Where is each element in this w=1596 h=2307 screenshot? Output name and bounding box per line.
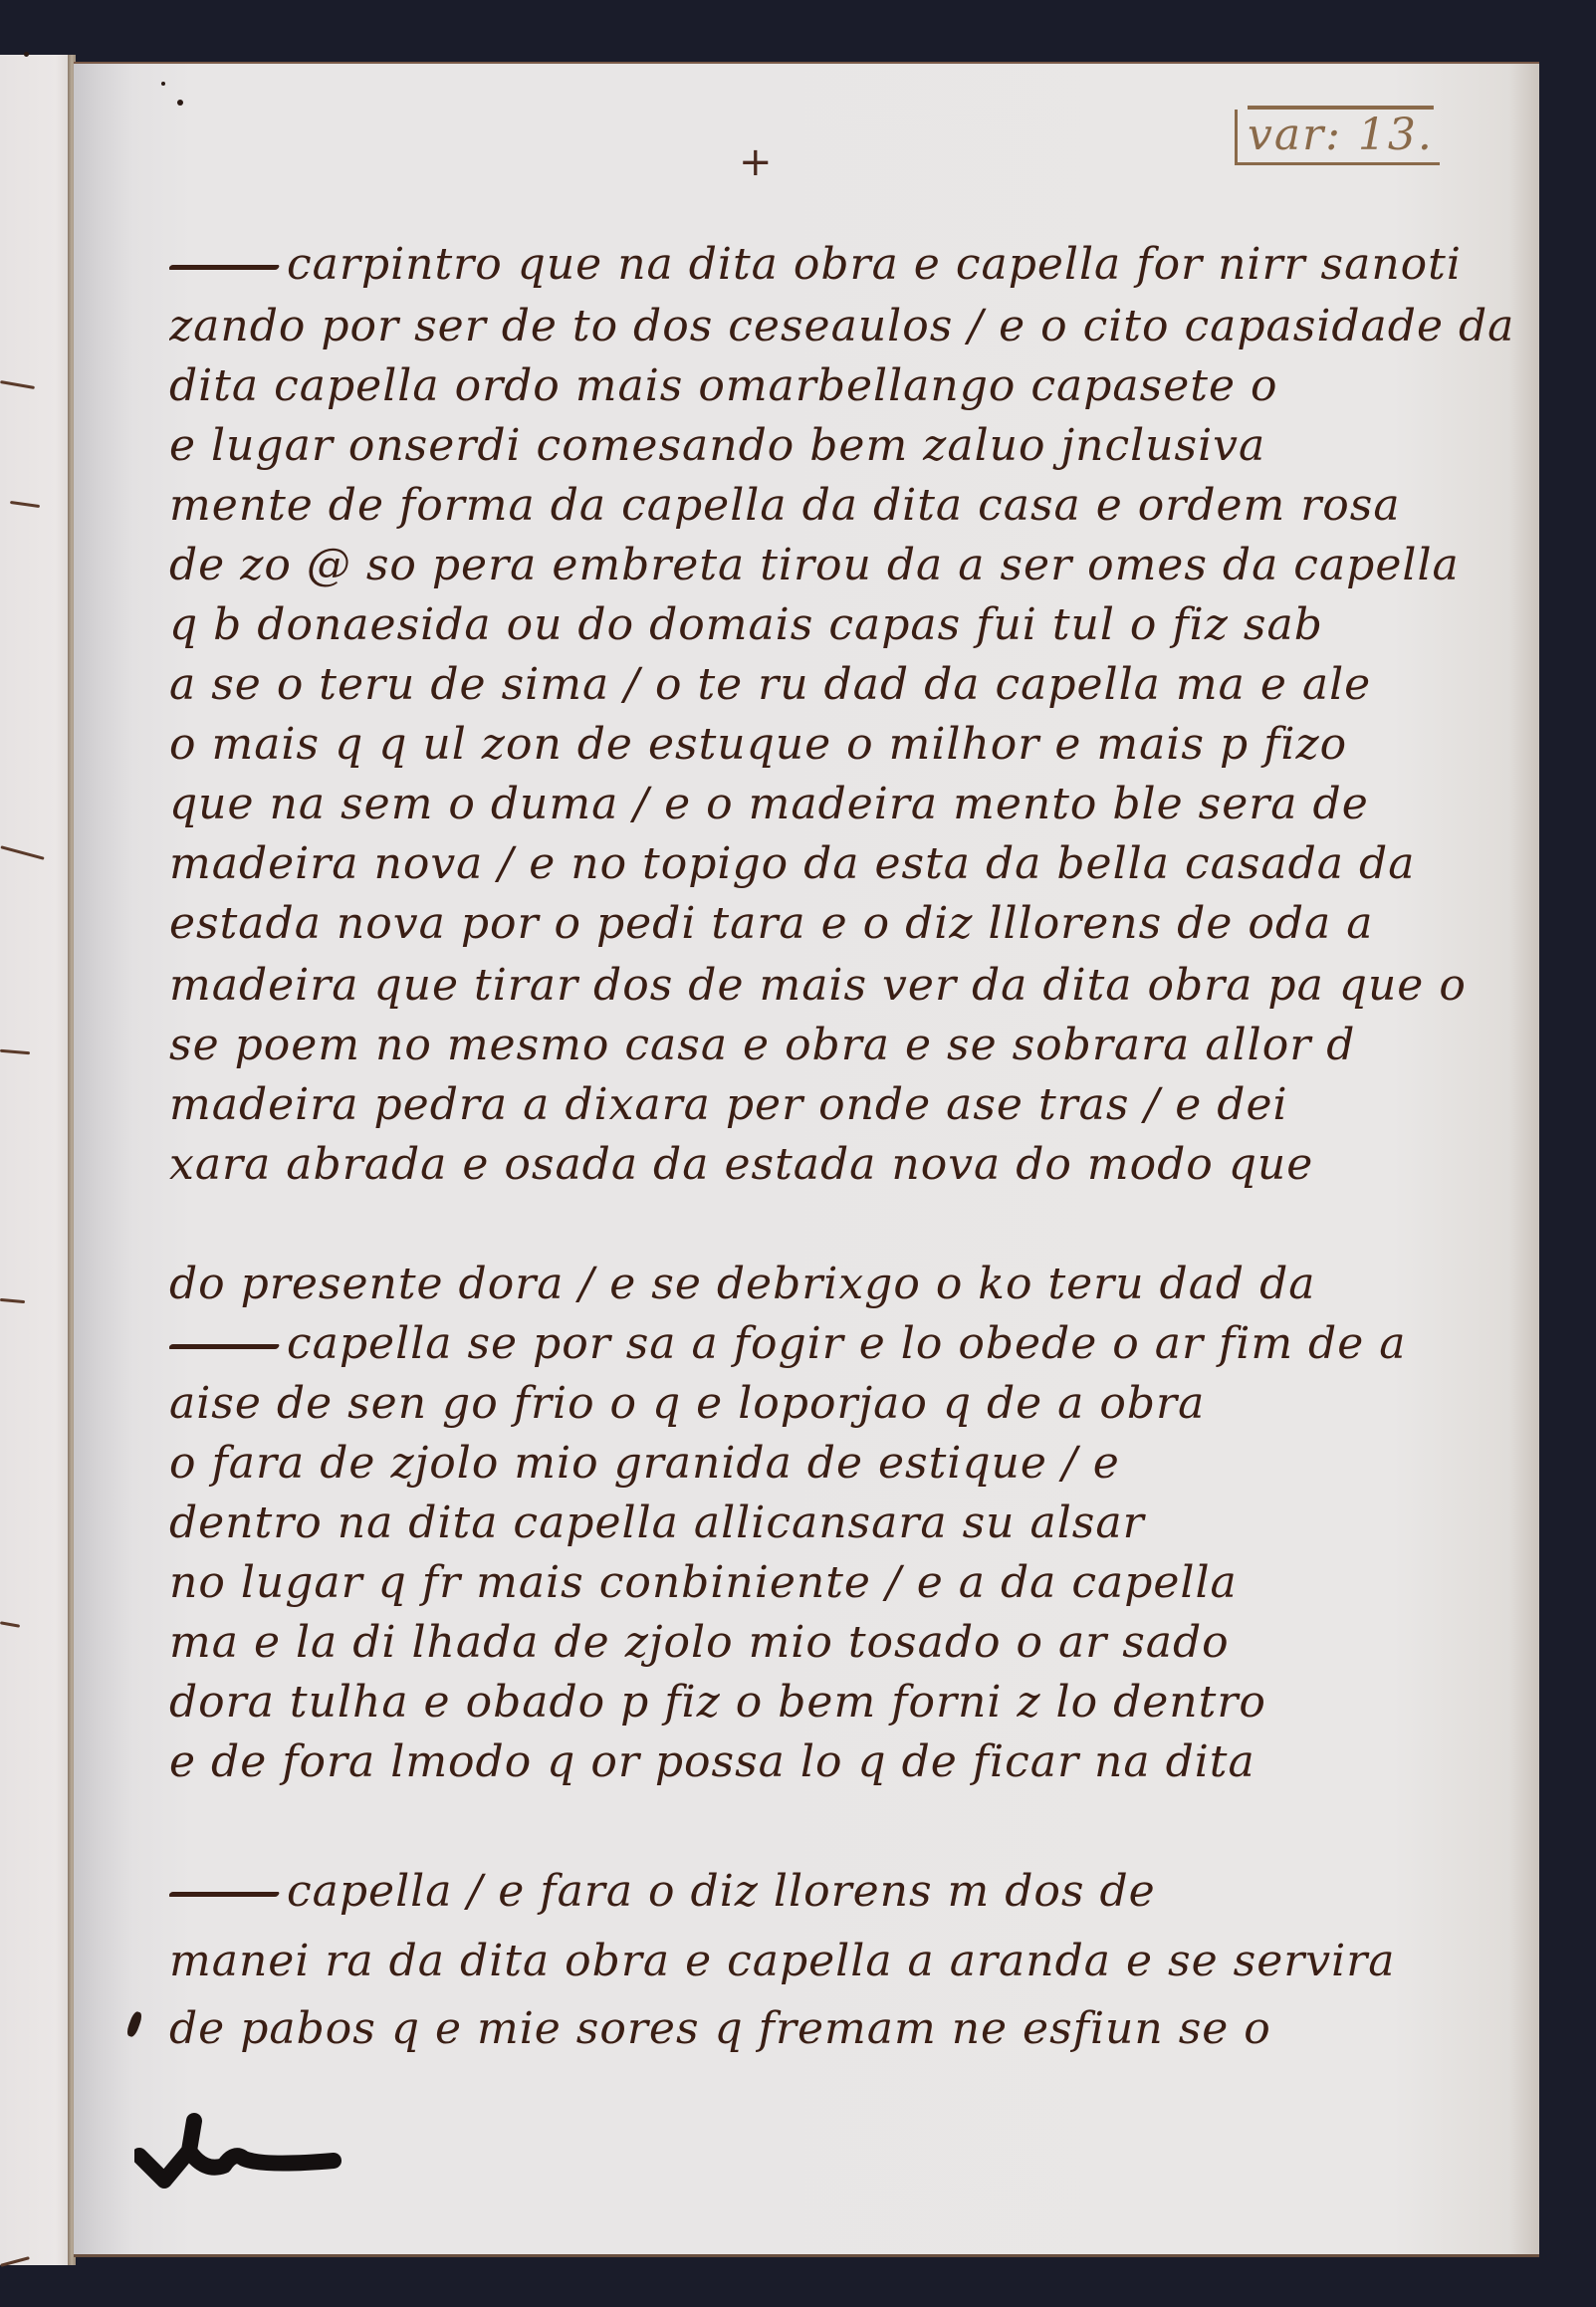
text-line: madeira nova / e no topigo da esta da be…	[169, 836, 1533, 892]
text-line: madeira pedra a dixara per onde ase tras…	[169, 1077, 1533, 1133]
text-line: manei ra da dita obra e capella a aranda…	[169, 1934, 1533, 1989]
folio-number: var: 13.	[1235, 110, 1440, 160]
ink-dot	[24, 52, 29, 57]
text-line: que na sem o duma / e o madeira mento bl…	[169, 777, 1533, 832]
text-line: dentro na dita capella allicansara su al…	[169, 1496, 1533, 1551]
text-line: e de fora lmodo q or possa lo q de ficar…	[169, 1734, 1533, 1790]
text-line: q b donaesida ou do domais capas fui tul…	[169, 597, 1533, 653]
text-line: o fara de zjolo mio granida de estique /…	[169, 1436, 1533, 1492]
text-line: estada nova por o pedi tara e o diz lllo…	[169, 896, 1533, 952]
ink-dot	[161, 82, 165, 86]
ink-stroke	[0, 845, 44, 860]
text-line: dora tulha e obado p fiz o bem forni z l…	[169, 1675, 1533, 1730]
folio-label: var: 13.	[1235, 110, 1440, 165]
header-cross-symbol: +	[739, 139, 773, 185]
ink-stroke	[0, 2256, 30, 2267]
text-line: capella / e fara o diz llorens m dos de	[169, 1864, 1533, 1920]
ink-stroke	[0, 380, 35, 389]
text-line: carpintro que na dita obra e capella for…	[169, 237, 1533, 293]
line-filler-stroke	[169, 1892, 280, 1897]
text-line: dita capella ordo mais omarbellango capa…	[169, 358, 1533, 414]
text-line: aise de sen go frio o q e loporjao q de …	[169, 1376, 1533, 1432]
closing-flourish-mark	[134, 2111, 343, 2191]
text-line: do presente dora / e se debrixgo o ko te…	[169, 1257, 1533, 1312]
ink-dot	[177, 100, 183, 106]
text-line: e lugar onserdi comesando bem zaluo jncl…	[169, 418, 1533, 474]
facing-page-strip	[0, 55, 70, 2265]
text-line: madeira que tirar dos de mais ver da dit…	[169, 958, 1533, 1014]
ink-stroke	[10, 501, 40, 508]
ink-stroke	[0, 1049, 30, 1055]
text-line: a se o teru de sima / o te ru dad da cap…	[169, 657, 1533, 713]
ink-stroke	[0, 1298, 25, 1303]
text-line: zando por ser de to dos ceseaulos / e o …	[169, 299, 1533, 354]
text-line: mente de forma da capella da dita casa e…	[169, 478, 1533, 534]
line-filler-stroke	[169, 265, 280, 270]
line-filler-stroke	[169, 1344, 280, 1349]
text-line: de pabos q e mie sores q fremam ne esfiu…	[169, 2001, 1533, 2057]
text-line: o mais q q ul zon de estuque o milhor e …	[169, 717, 1533, 773]
text-line: no lugar q fr mais conbiniente / e a da …	[169, 1555, 1533, 1611]
text-line: xara abrada e osada da estada nova do mo…	[169, 1137, 1533, 1193]
text-line: se poem no mesmo casa e obra e se sobrar…	[169, 1018, 1533, 1073]
text-line: ma e la di lhada de zjolo mio tosado o a…	[169, 1615, 1533, 1671]
text-line: de zo @ so pera embreta tirou da a ser o…	[169, 538, 1533, 593]
ink-stroke	[0, 1621, 20, 1627]
text-line: capella se por sa a fogir e lo obede o a…	[169, 1316, 1533, 1372]
